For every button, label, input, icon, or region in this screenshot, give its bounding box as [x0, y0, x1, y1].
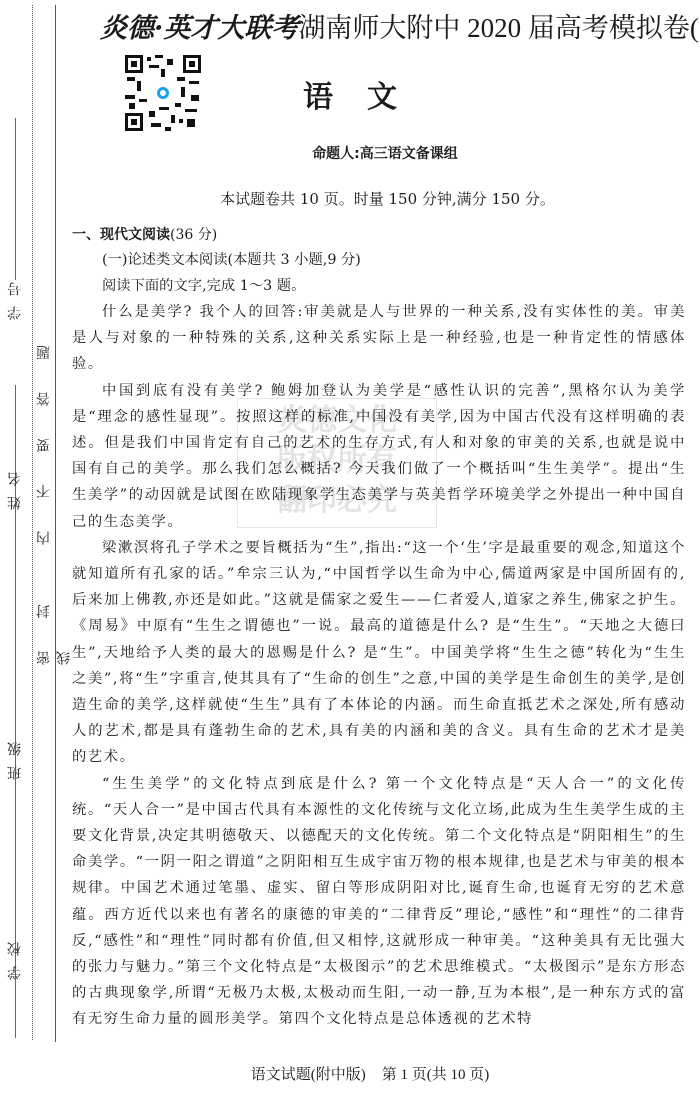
brand-name: 炎德·英才大联考: [100, 13, 298, 44]
footer-page-info: 第 1 页(共 10 页): [382, 1067, 490, 1083]
passage-paragraph: “生生美学”的文化特点到底是什么? 第一个文化特点是“天人合一”的文化传统。“天…: [72, 771, 686, 1033]
name-label: 姓名: [5, 462, 25, 510]
seal-notice-seal-line: 密 封 线: [34, 545, 54, 665]
section-title: 一、现代文阅读: [72, 227, 170, 243]
class-label: 班级: [5, 732, 25, 780]
passage-paragraph: 什么是美学? 我个人的回答:审美就是人与世界的一种关系,没有实体性的美。审美是人…: [72, 299, 686, 378]
subject-title: 语文: [0, 72, 700, 116]
exam-title: 湖南师大附中 2020 届高考模拟卷(三): [298, 13, 700, 43]
school-field[interactable]: 学校: [0, 860, 30, 980]
margin-gap: [15, 280, 16, 385]
school-label: 学校: [5, 932, 25, 980]
exam-author: 命题人:高三语文备课组: [0, 143, 700, 163]
passage-paragraph: 梁漱溟将孔子学术之要旨概括为“生”,指出:“这一个‘生’字是最重要的观念,知道这…: [72, 535, 686, 771]
exam-header: 炎德·英才大联考湖南师大附中 2020 届高考模拟卷(三): [100, 6, 680, 45]
class-field[interactable]: 班级: [0, 650, 30, 780]
passage-paragraph: 中国到底有没有美学? 鲍姆加登认为美学是“感性认识的完善”,黑格尔认为美学是“理…: [72, 378, 686, 535]
exam-info: 本试题卷共 10 页。时量 150 分钟,满分 150 分。: [0, 188, 700, 209]
section-heading: 一、现代文阅读(36 分): [72, 223, 686, 247]
subsection-heading: (一)论述类文本阅读(本题共 3 小题,9 分): [72, 247, 686, 273]
page-footer: 语文试题(附中版)第 1 页(共 10 页): [0, 1063, 700, 1084]
footer-doc-name: 语文试题(附中版): [251, 1067, 366, 1083]
seal-notice-no-answer: 内 不 要 答 题: [34, 300, 54, 545]
exam-content: 一、现代文阅读(36 分) (一)论述类文本阅读(本题共 3 小题,9 分) 阅…: [72, 223, 686, 1033]
reading-instruction: 阅读下面的文字,完成 1～3 题。: [72, 273, 686, 299]
name-field[interactable]: 姓名: [0, 370, 30, 510]
section-points: (36 分): [170, 227, 217, 243]
